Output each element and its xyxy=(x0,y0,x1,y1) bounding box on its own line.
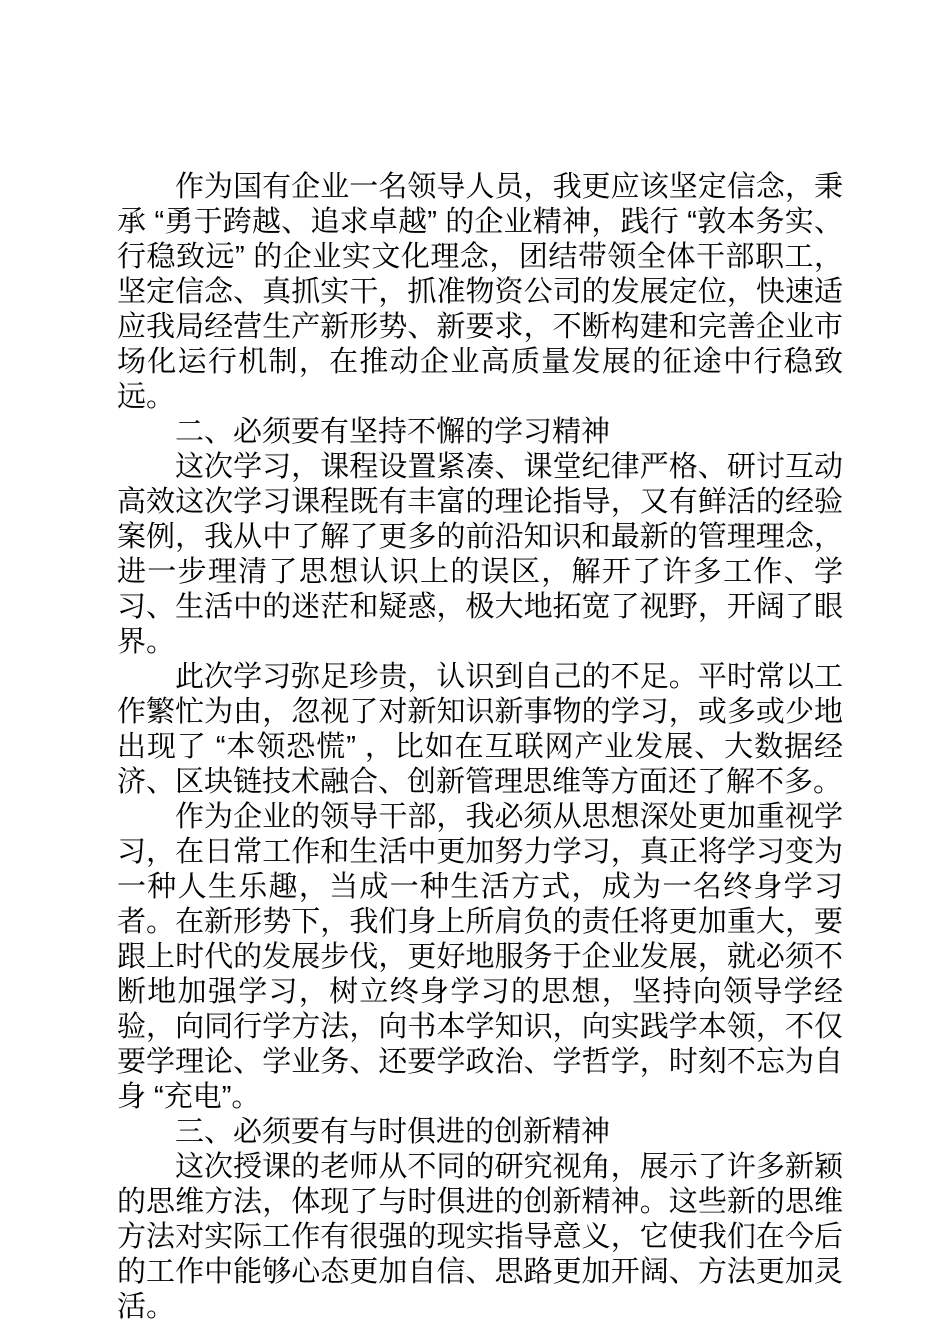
paragraph-body: 这次授课的老师从不同的研究视角，展示了许多新颖的思维方法，体现了与时俱进的创新精… xyxy=(117,1150,843,1325)
document-page: 作为国有企业一名领导人员，我更应该坚定信念，秉承 “勇于跨越、追求卓越” 的企业… xyxy=(0,0,950,1344)
document-text-block: 作为国有企业一名领导人员，我更应该坚定信念，秉承 “勇于跨越、追求卓越” 的企业… xyxy=(117,170,843,1325)
paragraph-body: 这次学习，课程设置紧凑、课堂纪律严格、研讨互动高效这次学习课程既有丰富的理论指导… xyxy=(117,450,843,660)
paragraph-body: 作为企业的领导干部，我必须从思想深处更加重视学习，在日常工作和生活中更加努力学习… xyxy=(117,800,843,1115)
section-heading: 三、必须要有与时俱进的创新精神 xyxy=(117,1115,843,1150)
paragraph-body: 此次学习弥足珍贵，认识到自己的不足。平时常以工作繁忙为由，忽视了对新知识新事物的… xyxy=(117,660,843,800)
section-heading: 二、必须要有坚持不懈的学习精神 xyxy=(117,415,843,450)
paragraph-body: 作为国有企业一名领导人员，我更应该坚定信念，秉承 “勇于跨越、追求卓越” 的企业… xyxy=(117,170,843,415)
